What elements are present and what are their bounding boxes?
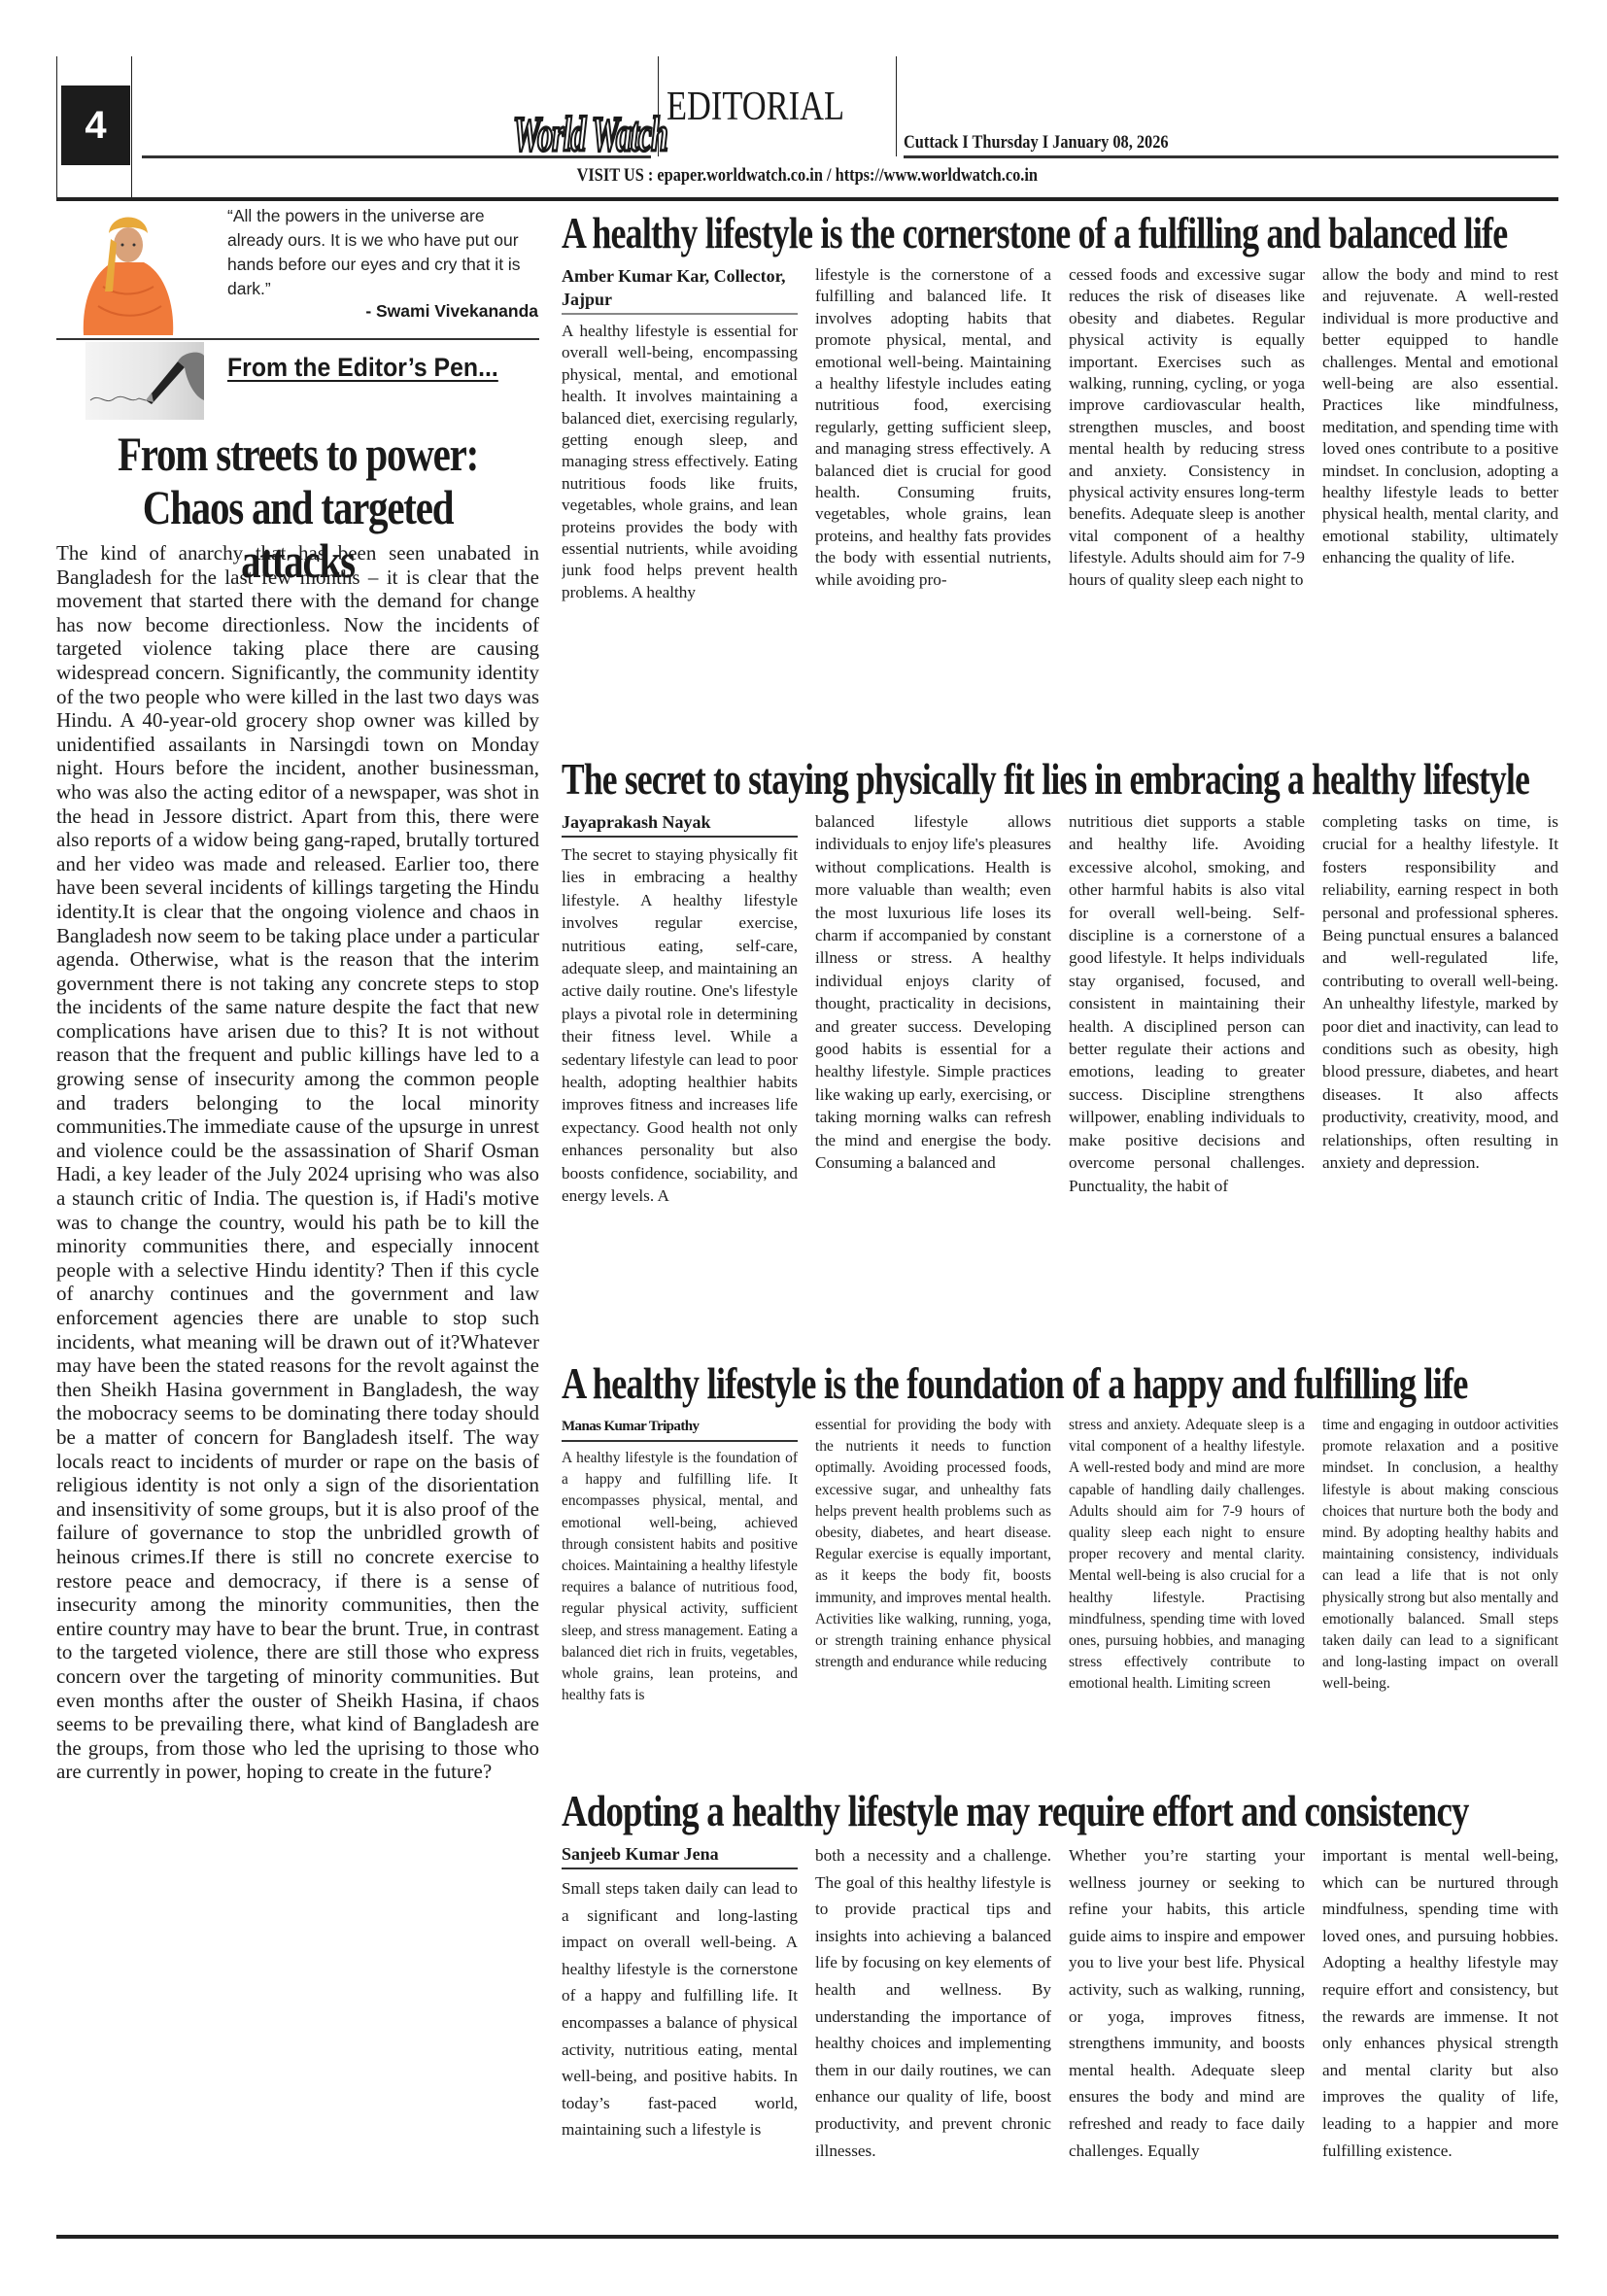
- article-column: Jayaprakash Nayak The secret to staying …: [562, 810, 798, 1208]
- article-foundation: A healthy lifestyle is the foundation of…: [562, 1358, 1558, 1706]
- page-bottom-rule: [56, 2235, 1558, 2239]
- page-number: 4: [61, 86, 130, 165]
- quote-divider: [56, 338, 539, 340]
- article-text: Small steps taken daily can lead to a si…: [562, 1875, 798, 2143]
- article-headline: The secret to staying physically fit lie…: [562, 754, 1329, 805]
- article-byline: Amber Kumar Kar, Collector, Jajpur: [562, 264, 798, 315]
- fountain-pen-icon: [85, 342, 204, 420]
- masthead: 4 World Watch EDITORIAL Cuttack I Thursd…: [56, 56, 1558, 198]
- article-byline: Sanjeeb Kumar Jena: [562, 1842, 798, 1869]
- article-headline: Adopting a healthy lifestyle may require…: [562, 1786, 1359, 1836]
- article-byline: Manas Kumar Tripathy: [562, 1415, 798, 1442]
- article-text: A healthy lifestyle is the foundation of…: [562, 1448, 798, 1706]
- section-title: EDITORIAL: [667, 84, 844, 130]
- article-column: balanced lifestyle allows individuals to…: [815, 810, 1051, 1208]
- article-text: A healthy lifestyle is essential for ove…: [562, 321, 798, 603]
- article-column: Whether you’re starting your wellness jo…: [1069, 1842, 1305, 2164]
- editorial-body: The kind of anarchy that has been seen u…: [56, 541, 539, 1784]
- visit-text[interactable]: VISIT US : epaper.worldwatch.co.in / htt…: [577, 165, 1038, 187]
- article-column: allow the body and mind to rest and reju…: [1322, 264, 1558, 603]
- article-column: stress and anxiety. Adequate sleep is a …: [1069, 1415, 1305, 1706]
- article-column: important is mental well-being, which ca…: [1322, 1842, 1558, 2164]
- swami-vivekananda-portrait-icon: [74, 204, 183, 335]
- article-column: Sanjeeb Kumar Jena Small steps taken dai…: [562, 1842, 798, 2164]
- article-column: completing tasks on time, is crucial for…: [1322, 810, 1558, 1208]
- article-column: Manas Kumar Tripathy A healthy lifestyle…: [562, 1415, 798, 1706]
- quote-text: “All the powers in the universe are alre…: [227, 204, 538, 301]
- article-secret-fit: The secret to staying physically fit lie…: [562, 754, 1558, 1208]
- article-text: The secret to staying physically fit lie…: [562, 843, 798, 1208]
- article-column: time and engaging in outdoor activities …: [1322, 1415, 1558, 1706]
- quote-author: - Swami Vivekananda: [227, 301, 538, 322]
- editorial-headline-line1: From streets to power:: [100, 428, 496, 481]
- logo-text: World Watch: [513, 109, 667, 158]
- masthead-rule: [904, 155, 1558, 158]
- article-effort-consistency: Adopting a healthy lifestyle may require…: [562, 1786, 1558, 2164]
- masthead-rule: [142, 155, 651, 158]
- website-links[interactable]: VISIT US : epaper.worldwatch.co.in / htt…: [56, 165, 1558, 187]
- article-column: Amber Kumar Kar, Collector, Jajpur A hea…: [562, 264, 798, 603]
- article-column: lifestyle is the cornerstone of a fulfil…: [815, 264, 1051, 603]
- world-watch-logo: World Watch: [513, 81, 668, 158]
- article-cornerstone: A healthy lifestyle is the cornerstone o…: [562, 208, 1558, 603]
- masthead-bottom-rule: [56, 197, 1558, 201]
- masthead-divider: [896, 56, 897, 156]
- article-headline: A healthy lifestyle is the cornerstone o…: [562, 208, 1339, 258]
- article-column: essential for providing the body with th…: [815, 1415, 1051, 1706]
- article-column: nutritious diet supports a stable and he…: [1069, 810, 1305, 1208]
- masthead-divider: [658, 56, 659, 156]
- editors-pen-heading: From the Editor’s Pen...: [227, 353, 498, 383]
- article-column: both a necessity and a challenge. The go…: [815, 1842, 1051, 2164]
- dateline: Cuttack I Thursday I January 08, 2026: [904, 132, 1169, 154]
- article-column: cessed foods and excessive sugar reduces…: [1069, 264, 1305, 603]
- article-byline: Jayaprakash Nayak: [562, 810, 798, 838]
- article-headline: A healthy lifestyle is the foundation of…: [562, 1358, 1350, 1409]
